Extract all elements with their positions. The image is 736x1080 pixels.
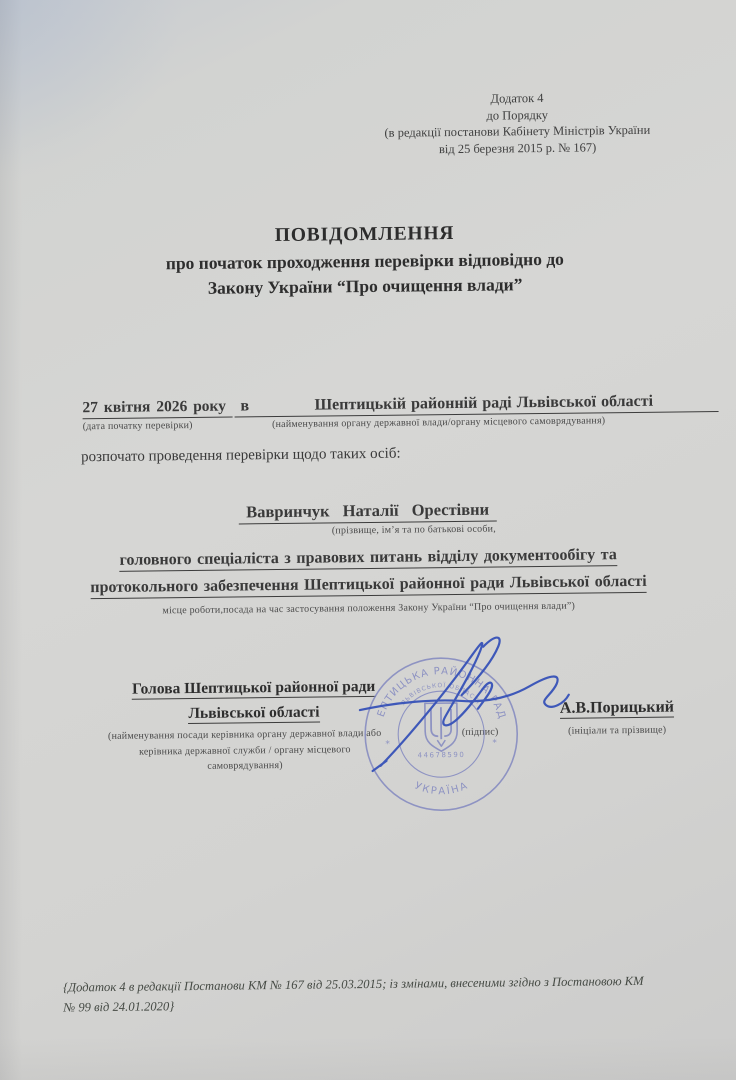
position-line-2: протокольного забезпечення Шептицької ра… [90, 572, 647, 599]
annex-date: від 25 березня 2015 р. № 167) [367, 138, 667, 158]
position-block: головного спеціаліста з правових питань … [0, 541, 736, 620]
svg-text:УКРАЇНА: УКРАЇНА [413, 780, 471, 798]
annex-edition: (в редакції постанови Кабінету Міністрів… [367, 122, 667, 142]
person-name-block: Вавринчук Наталії Орестівни (прізвище, і… [0, 497, 736, 540]
person-name-caption: (прізвище, ім’я та по батькові особи, [46, 520, 736, 539]
signer-title-line-2: Львівської області [188, 704, 319, 724]
handwritten-signature [349, 626, 581, 779]
check-start-date: 27 квітня 2026 року [82, 398, 232, 420]
annex-header: Додаток 4 до Порядку (в редакції постано… [367, 89, 668, 158]
position-line-1: головного спеціаліста з правових питань … [120, 545, 617, 572]
stamp-country-text: УКРАЇНА [413, 780, 471, 798]
signer-title-line-1: Голова Шептицької районної ради [132, 678, 375, 700]
organization-field: в Шептицькій районній раді Львівської об… [234, 392, 718, 430]
document-content: Додаток 4 до Порядку (в редакції постано… [0, 0, 736, 1080]
intro-sentence: розпочато проведення перевірки щодо таки… [81, 446, 401, 467]
organization-name: Шептицькій районній раді Львівської обла… [249, 392, 719, 415]
editorial-note: {Додаток 4 в редакції Постанови КМ № 167… [63, 970, 725, 1018]
person-name: Вавринчук Наталії Орестівни [238, 500, 497, 525]
document-title: ПОВІДОМЛЕННЯ про початок проходження пер… [0, 220, 733, 302]
scanned-document-page: Додаток 4 до Порядку (в редакції постано… [0, 0, 736, 1080]
preposition: в [234, 397, 249, 415]
organization-line: в Шептицькій районній раді Львівської об… [234, 392, 718, 417]
